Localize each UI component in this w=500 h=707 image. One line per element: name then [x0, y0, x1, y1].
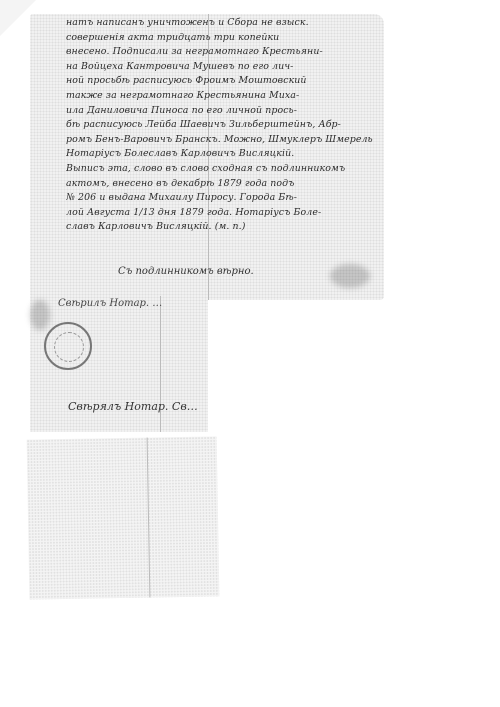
- text-line: Нотаріусъ Болеславъ Карловичъ Висляцкій.: [66, 147, 378, 162]
- text-line: № 206 и выдана Михаилу Пиросу. Города Бѣ…: [66, 191, 378, 206]
- text-line: актомъ, внесено въ декабрѣ 1879 года под…: [66, 177, 378, 192]
- text-line: также за неграмотнаго Крестьянина Миха-: [66, 89, 378, 104]
- text-line: натъ написанъ уничтоженъ и Сбора не взыс…: [66, 16, 378, 31]
- text-line: Выписъ эта, слово въ слово сходная съ по…: [66, 162, 378, 177]
- signature-lower: Свѣрилъ Нотар. …: [58, 298, 162, 309]
- signature-second: Свѣрялъ Нотар. Св…: [68, 400, 198, 413]
- text-line: лой Августа 1/13 дня 1879 года. Нотаріус…: [66, 206, 378, 221]
- fold-line: [147, 438, 151, 598]
- text-line: славъ Карловичъ Висляцкій. (м. п.): [66, 220, 378, 235]
- seal-emblem-icon: [54, 332, 84, 362]
- handwritten-text-block: натъ написанъ уничтоженъ и Сбора не взыс…: [66, 16, 378, 235]
- text-line: внесено. Подписали за неграмотнаго Крест…: [66, 45, 378, 60]
- text-line: бѣ расписуюсь Лейба Шаевичъ Зильберштейн…: [66, 118, 378, 133]
- closing-attestation: Съ подлинникомъ вѣрно.: [118, 266, 254, 277]
- stain: [30, 300, 50, 330]
- text-line: на Войцеха Кантровича Мушевъ по его лич-: [66, 60, 378, 75]
- document-sheet-lower-blank: [27, 436, 220, 599]
- stain: [330, 264, 370, 288]
- text-line: ила Даниловича Пиноса по его личной прос…: [66, 104, 378, 119]
- text-line: ромъ Бенъ-Варовичъ Бранскъ. Можно, Шмукл…: [66, 133, 378, 148]
- text-line: ной просьбѣ расписуюсь Фроимъ Моштовский: [66, 74, 378, 89]
- text-line: совершенія акта тридцать три копейки: [66, 31, 378, 46]
- notary-seal-stamp: [44, 322, 92, 370]
